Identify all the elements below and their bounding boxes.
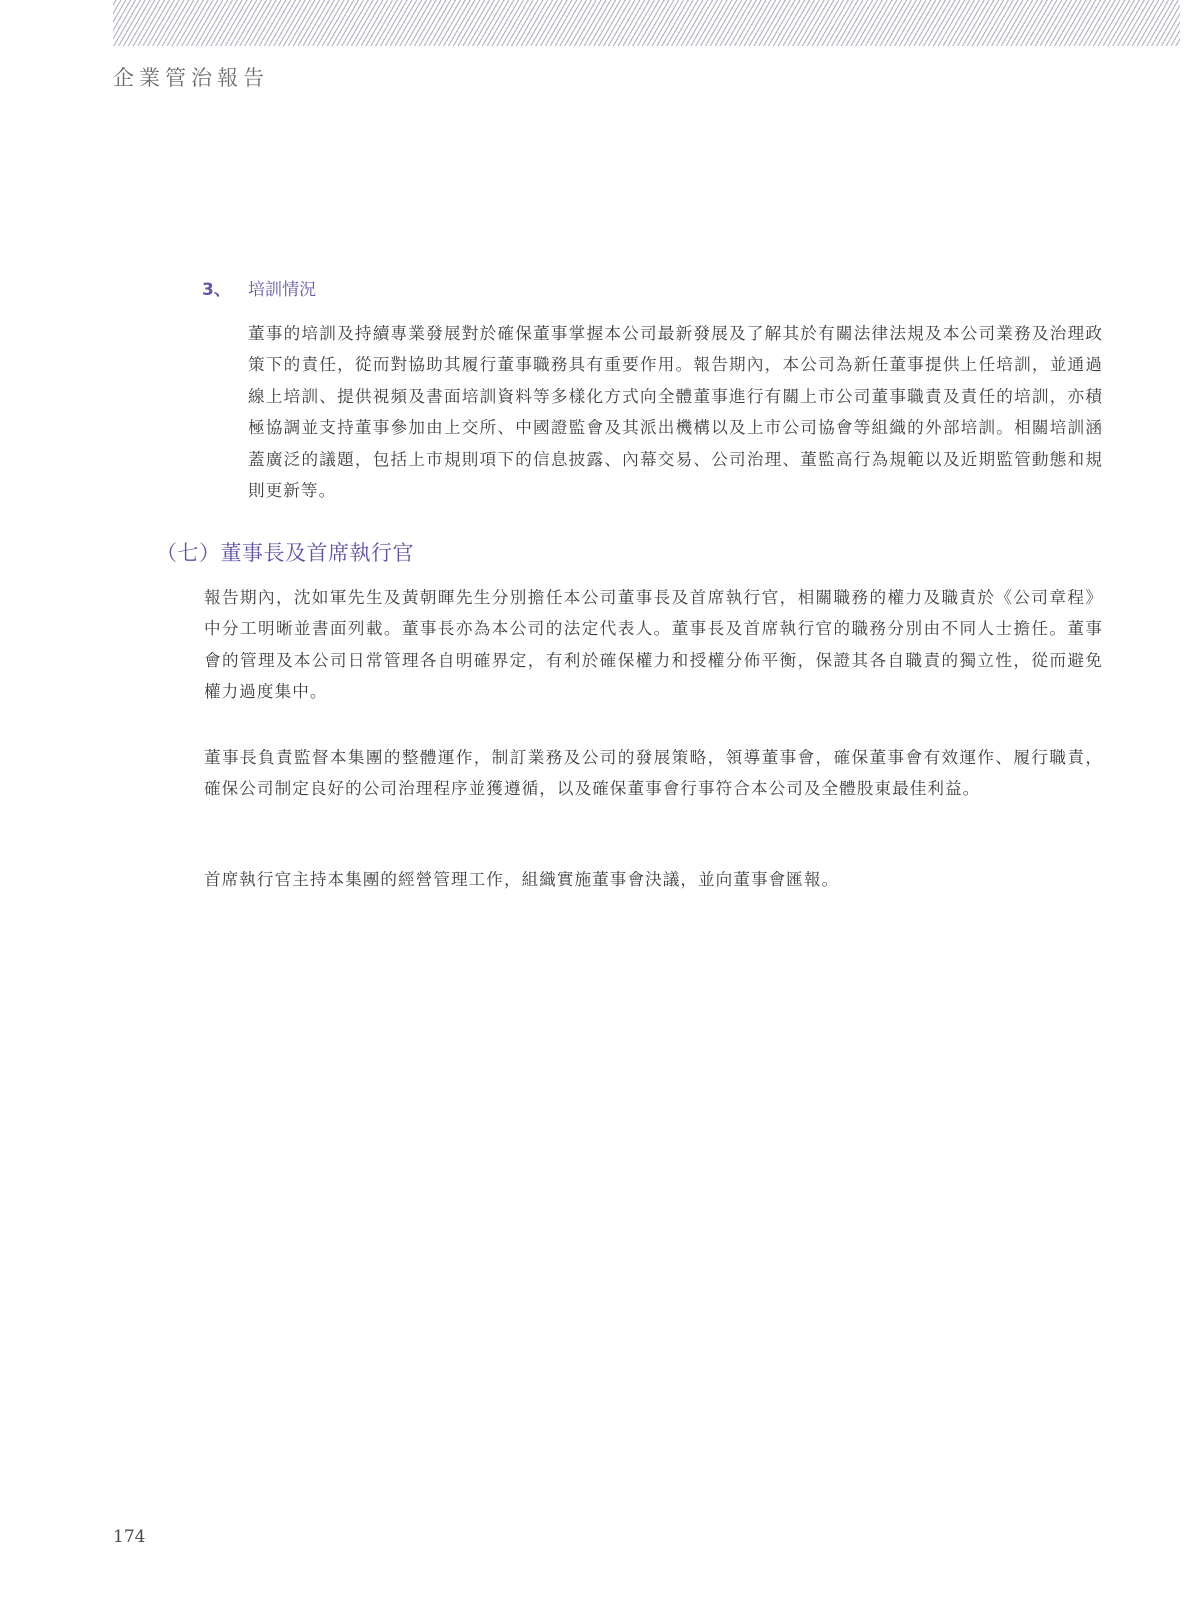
chairman-paragraph-1: 報告期內，沈如軍先生及黃朝暉先生分別擔任本公司董事長及首席執行官，相關職務的權力…: [204, 582, 1103, 708]
chairman-paragraph-2: 董事長負責監督本集團的整體運作，制訂業務及公司的發展策略，領導董事會，確保董事會…: [204, 742, 1103, 805]
page-number: 174: [113, 1527, 145, 1547]
running-header-title: 企業管治報告: [113, 62, 269, 92]
section-heading-chairman-ceo: （七）董事長及首席執行官: [156, 537, 414, 567]
training-paragraph: 董事的培訓及持續專業發展對於確保董事掌握本公司最新發展及了解其於有關法律法規及本…: [248, 318, 1103, 506]
chairman-paragraph-3: 首席執行官主持本集團的經營管理工作，組織實施董事會決議，並向董事會匯報。: [204, 864, 1103, 895]
subsection-number: 3、: [202, 275, 248, 300]
decorative-hatch-band: [113, 0, 1180, 46]
subsection-title: 培訓情況: [248, 275, 316, 300]
subsection-heading-training: 3、 培訓情況: [202, 275, 316, 300]
